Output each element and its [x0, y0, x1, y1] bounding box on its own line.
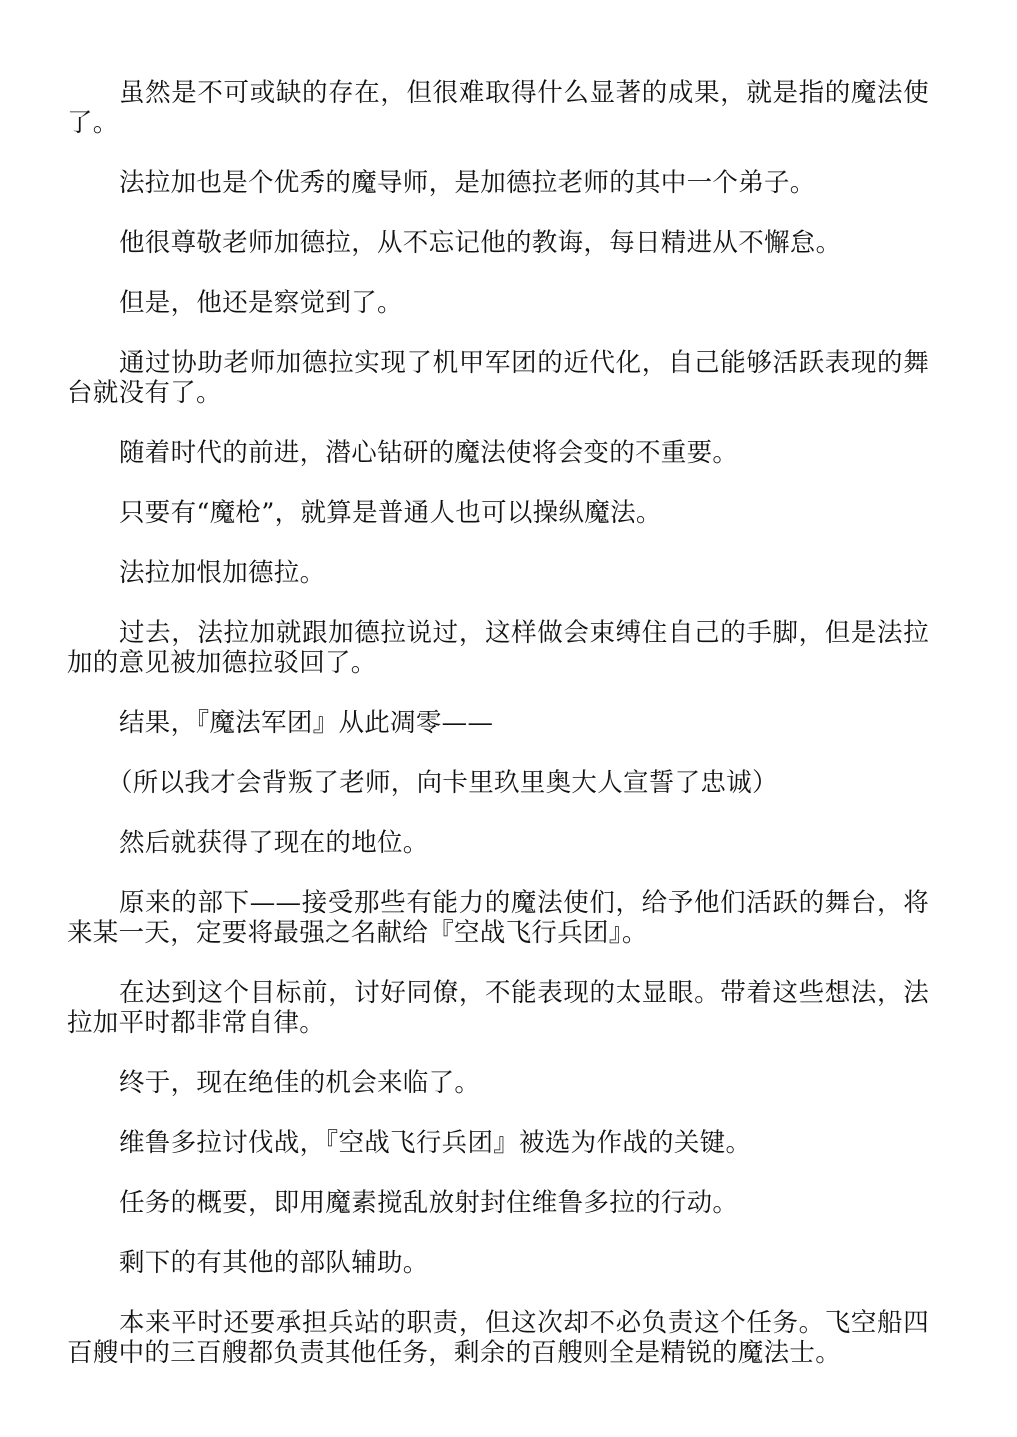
paragraph: 过去，法拉加就跟加德拉说过，这样做会束缚住自己的手脚，但是法拉加的意见被加德拉驳… — [67, 618, 929, 678]
paragraph: 终于，现在绝佳的机会来临了。 — [67, 1068, 929, 1098]
paragraph: 法拉加恨加德拉。 — [67, 558, 929, 588]
paragraph: 维鲁多拉讨伐战，『空战飞行兵团』被选为作战的关键。 — [67, 1128, 929, 1158]
paragraph: 只要有“魔枪”，就算是普通人也可以操纵魔法。 — [67, 498, 929, 528]
paragraph: 原来的部下——接受那些有能力的魔法使们，给予他们活跃的舞台，将来某一天，定要将最… — [67, 888, 929, 948]
paragraph: 法拉加也是个优秀的魔导师，是加德拉老师的其中一个弟子。 — [67, 168, 929, 198]
inner-thought-paragraph: （所以我才会背叛了老师，向卡里玖里奥大人宣誓了忠诚） — [67, 768, 929, 798]
paragraph: 任务的概要，即用魔素搅乱放射封住维鲁多拉的行动。 — [67, 1188, 929, 1218]
paragraph: 剩下的有其他的部队辅助。 — [67, 1248, 929, 1278]
paragraph: 然后就获得了现在的地位。 — [67, 828, 929, 858]
paragraph: 他很尊敬老师加德拉，从不忘记他的教诲，每日精进从不懈怠。 — [67, 228, 929, 258]
document-page: 虽然是不可或缺的存在，但很难取得什么显著的成果，就是指的魔法使了。 法拉加也是个… — [67, 78, 929, 1398]
paragraph: 通过协助老师加德拉实现了机甲军团的近代化，自己能够活跃表现的舞台就没有了。 — [67, 348, 929, 408]
paragraph: 虽然是不可或缺的存在，但很难取得什么显著的成果，就是指的魔法使了。 — [67, 78, 929, 138]
paragraph: 但是，他还是察觉到了。 — [67, 288, 929, 318]
paragraph: 本来平时还要承担兵站的职责，但这次却不必负责这个任务。飞空船四百艘中的三百艘都负… — [67, 1308, 929, 1368]
paragraph: 结果，『魔法军团』从此凋零—— — [67, 708, 929, 738]
paragraph: 随着时代的前进，潜心钻研的魔法使将会变的不重要。 — [67, 438, 929, 468]
paragraph: 在达到这个目标前，讨好同僚，不能表现的太显眼。带着这些想法，法拉加平时都非常自律… — [67, 978, 929, 1038]
